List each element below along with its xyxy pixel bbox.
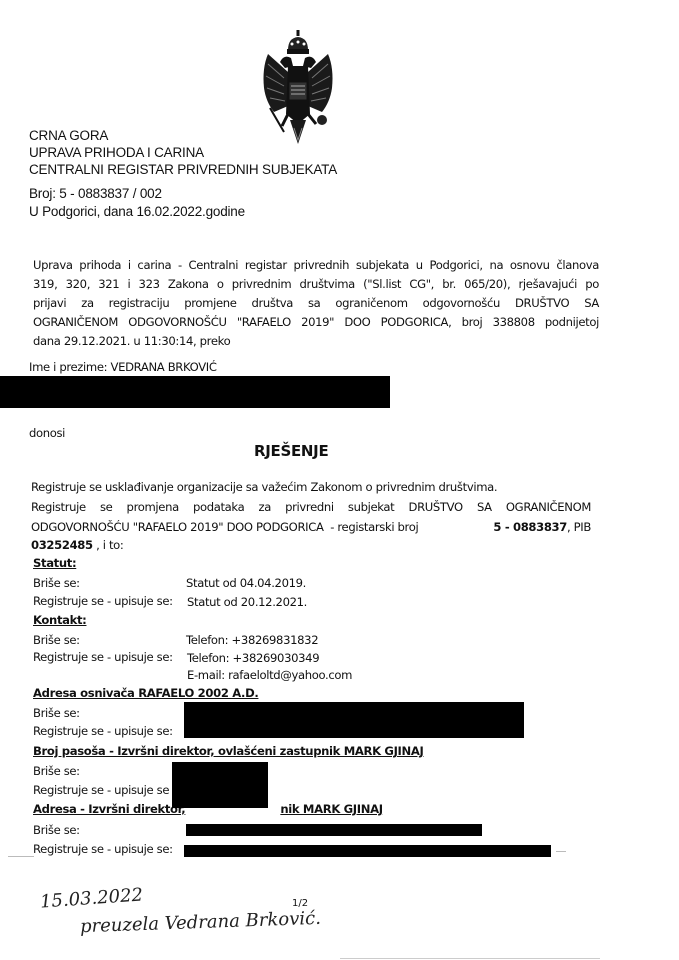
adresa-direktora-upisuje-label: Registruje se - upisuje se: (33, 842, 173, 856)
document-number: Broj: 5 - 0883837 / 002 (29, 186, 162, 201)
handwritten-receipt-note: preuzela Vedrana Brković. (80, 908, 322, 937)
adresa-direktora-brise-label: Briše se: (33, 823, 80, 837)
redacted-passport-number (172, 762, 268, 808)
intro-line-5: dana 29.12.2021. u 11:30:14, preko (33, 334, 230, 348)
redacted-director-address-new (184, 845, 551, 857)
decision-line-3-text: ODGOVORNOŠĆU "RAFAELO 2019" DOO PODGORIC… (31, 520, 422, 534)
registry-name: CENTRALNI REGISTAR PRIVREDNIH SUBJEKATA (29, 162, 337, 177)
statut-brise-label: Briše se: (33, 576, 80, 590)
decision-line-4-text: , i to: (93, 538, 124, 552)
intro-line-2: 319, 320, 321 i 323 Zakona o privrednim … (33, 277, 599, 291)
kontakt-brise-label: Briše se: (33, 633, 80, 647)
statut-upisuje-label: Registruje se - upisuje se: (33, 594, 173, 608)
adresa-osnivaca-upisuje-label: Registruje se - upisuje se: (33, 724, 173, 738)
decision-line-1: Registruje se usklađivanje organizacije … (31, 480, 497, 494)
decision-title: RJEŠENJE (254, 442, 328, 460)
decision-line-2: Registruje se promjena podataka za privr… (31, 500, 591, 514)
registration-number: 5 - 0883837 (493, 520, 567, 534)
kontakt-brise-value: Telefon: +38269831832 (186, 633, 318, 647)
scan-artifact-bottom (340, 958, 600, 959)
scan-artifact-dash (556, 851, 566, 852)
coat-of-arms-icon (258, 28, 338, 156)
adresa-direktora-heading-end: nik MARK GJINAJ (280, 802, 382, 816)
adresa-osnivaca-brise-label: Briše se: (33, 706, 80, 720)
redacted-founder-address (184, 702, 524, 738)
decision-line-3: ODGOVORNOŠĆU "RAFAELO 2019" DOO PODGORIC… (31, 520, 591, 534)
kontakt-upisuje-email: E-mail: rafaeloltd@yahoo.com (187, 668, 352, 682)
scan-artifact-line (8, 856, 34, 857)
intro-line-3: prijavi za registraciju promjene društva… (33, 296, 599, 310)
section-heading-kontakt: Kontakt: (33, 613, 86, 627)
decision-line-4: 03252485 , i to: (31, 538, 123, 552)
redacted-applicant-details (0, 376, 390, 408)
section-heading-statut: Statut: (33, 556, 76, 570)
intro-line-1: Uprava prihoda i carina - Centralni regi… (33, 258, 599, 272)
redacted-director-address-old (186, 824, 482, 836)
broj-pasosa-brise-label: Briše se: (33, 764, 80, 778)
section-heading-adresa-osnivaca: Adresa osnivača RAFAELO 2002 A.D. (33, 686, 258, 700)
handwritten-date: 15.03.2022 (39, 884, 143, 912)
intro-line-4: OGRANIČENOM ODGOVORNOŠĆU "RAFAELO 2019" … (33, 315, 599, 329)
pib-number: 03252485 (31, 538, 93, 552)
document-date: U Podgorici, dana 16.02.2022.godine (29, 204, 245, 219)
pib-label: , PIB (567, 520, 591, 534)
country-name: CRNA GORA (29, 128, 108, 143)
adresa-direktora-heading-start: Adresa - Izvršni direktor, (33, 802, 185, 816)
statut-brise-value: Statut od 04.04.2019. (186, 576, 306, 590)
agency-name: UPRAVA PRIHODA I CARINA (29, 145, 204, 160)
section-heading-broj-pasosa: Broj pasoša - Izvršni direktor, ovlašćen… (33, 744, 423, 758)
broj-pasosa-upisuje-label: Registruje se - upisuje se (33, 783, 169, 797)
kontakt-upisuje-label: Registruje se - upisuje se: (33, 650, 173, 664)
applicant-name: Ime i prezime: VEDRANA BRKOVIĆ (29, 360, 217, 374)
donosi-text: donosi (29, 426, 65, 440)
kontakt-upisuje-phone: Telefon: +38269030349 (187, 651, 319, 665)
statut-upisuje-value: Statut od 20.12.2021. (187, 595, 307, 609)
